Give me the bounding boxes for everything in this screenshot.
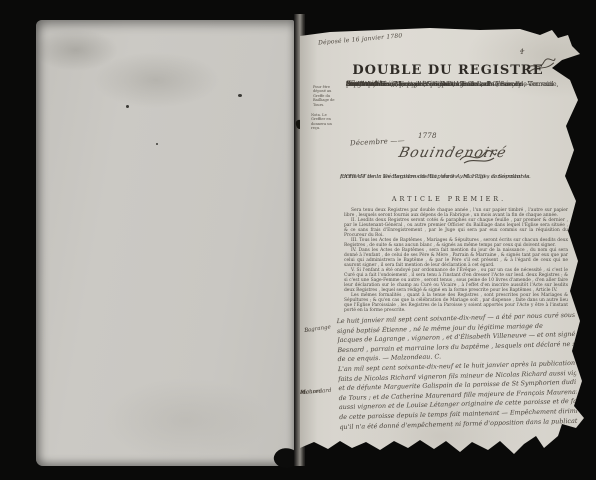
entry-margin-line: Maurenard xyxy=(300,388,332,397)
extrait-heading-line2: forme de tenir les Registres de Baptêmes… xyxy=(340,174,531,181)
handwritten-entries: Le huit janvier mil sept cent soixante-d… xyxy=(337,311,578,432)
article-paragraph: Sera tenu deux Registres par double chaq… xyxy=(344,208,568,218)
extrait-articles: Sera tenu deux Registres par double chaq… xyxy=(344,208,568,313)
scanned-register-photo: Déposé le 16 janvier 1780 1er DOUBLE DU … xyxy=(0,0,596,480)
date-year-handwritten: 1778 xyxy=(418,132,437,140)
article-paragraph: Les mêmes formalités , quant à la tenue … xyxy=(344,293,568,313)
left-page xyxy=(36,20,294,466)
article-paragraph: II. Lesdits deux Registres seront cotés … xyxy=(344,218,568,238)
entry-margin-line: Lagrange xyxy=(304,324,331,334)
article-paragraph: V. Si l'enfant a été ondoyé par ordonnan… xyxy=(344,268,568,293)
article-paragraph: IV. Dans les Actes de Baptêmes , sera fa… xyxy=(344,248,568,268)
register-title: DOUBLE DU REGISTRE xyxy=(340,63,556,78)
folio-suffix: er xyxy=(520,48,524,53)
day-handwritten: vingt-six —— xyxy=(346,80,395,89)
right-page: Déposé le 16 janvier 1780 1er DOUBLE DU … xyxy=(300,16,596,468)
deposit-note-handwritten: Déposé le 16 janvier 1780 xyxy=(318,32,403,46)
signature-flourish-icon xyxy=(458,148,498,166)
paper-speck xyxy=(126,105,129,108)
article-paragraph: III. Tous les Actes de Baptêmes , Mariag… xyxy=(344,238,568,248)
article-heading: ARTICLE PREMIER. xyxy=(340,195,558,203)
paper-speck xyxy=(156,143,158,145)
signature-row: Bouindenoiré xyxy=(358,142,548,161)
margin-note-nota: Nota. Le Greffier en donnera un reçu. xyxy=(311,113,338,131)
paper-speck xyxy=(238,94,242,97)
margin-note-deposit: Pour être déposé au Greffe du Bailliage … xyxy=(313,85,340,107)
